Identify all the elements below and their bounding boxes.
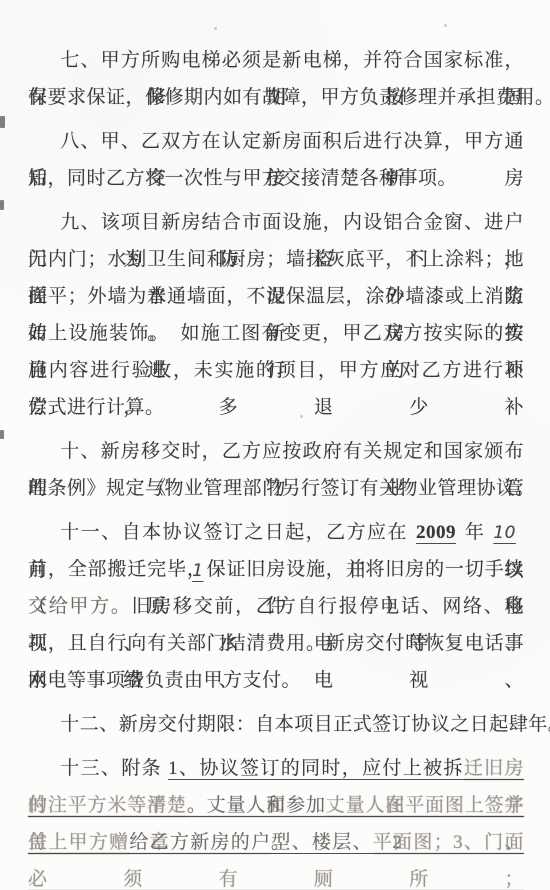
scan-artifact: ˎ [464, 350, 468, 363]
text-segment: 。丈量人和参加 [187, 795, 326, 816]
scan-artifact [0, 430, 4, 439]
contract-paragraph: 十、新房移交时，乙方应按政府有关规定和国家颁布的《物业管理条例》规定与物业管理部… [28, 433, 524, 507]
text-segment: 方式进行计算。 [28, 397, 165, 418]
month-value-handwritten: 10 [485, 523, 524, 543]
scan-artifact [444, 24, 447, 27]
text-segment: 后，同时乙方将一次性与甲方交接清楚各种事项。 [28, 168, 457, 189]
text-line: 前，全部搬迁完毕，保证旧房设施，并将旧房的一切手续（原件）移 [28, 551, 524, 588]
text-segment: 年 [464, 522, 485, 543]
scan-artifact [0, 116, 5, 128]
contract-paragraph: 七、甲方所购电梯必须是新电梯，并符合国家标准，保修期按国有要求保证，保修期内如有… [28, 42, 524, 116]
scan-artifact [520, 252, 523, 255]
text-segment: 有要求保证，保修期内如有故障，甲方负责修理并承担费用。 [28, 87, 550, 108]
text-line: 项，且自行向有关部门结清费用。新房交付时恢复电话、网络、电视、 [28, 625, 524, 662]
contract-paragraph: 十二、新房交付期限：自本项目正式签订协议之日起肆年。 [28, 706, 524, 743]
text-line: 如上设施装饰。 如施工图有变更，甲乙双方按实际的实施进行的项 [28, 315, 524, 352]
text-segment: 十二、新房交付期限：自本项目正式签订协议之日起肆年。 [60, 714, 550, 735]
contract-paragraph: 九、该项目新房结合市面设施，内设铝合金窗、进户门为防盗门，无内门；水到卫生间和厨… [28, 204, 524, 426]
text-line: 十二、新房交付期限：自本项目正式签订协议之日起肆年。 [28, 706, 524, 743]
scanned-document-page: 七、甲方所购电梯必须是新电梯，并符合国家标准，保修期按国有要求保证，保修期内如有… [0, 0, 550, 890]
scan-artifact [300, 415, 303, 418]
text-segment: 十一、自本协议签订之日起，乙方应在 [60, 522, 408, 543]
text-line: 交给甲方。旧房移交前，乙方自行报停电话、网络、电视、水电等事 [28, 588, 524, 625]
text-line: 有要求保证，保修期内如有故障，甲方负责修理并承担费用。 [28, 79, 524, 116]
text-line: 七、甲方所购电梯必须是新电梯，并符合国家标准，保修期按国 [28, 42, 524, 79]
text-segment: 付上甲方赠 [28, 832, 129, 853]
text-line: 付注平方米等清楚。丈量人和参加丈量人在平面图上签字盖章。2、 [28, 787, 524, 824]
contract-paragraph: 十一、自本协议签订之日起，乙方应在2009年10月1日以前，全部搬迁完毕，保证旧… [28, 514, 524, 699]
scan-artifact [214, 27, 217, 30]
text-line: 无内门；水到卫生间和厨房；墙抹灰底平，不上涂料；地面水泥砂浆 [28, 241, 524, 278]
text-line: 目内容进行验收，未实施的项目，甲方应对乙方进行补偿，多退少补 [28, 352, 524, 389]
text-line: 搓平；外墙为普通墙面，不设保温层，涂外墙漆或上消防砖。新房按 [28, 278, 524, 315]
text-line: 八、甲、乙双方在认定新房面积后进行决算，甲方通知交接新房 [28, 123, 524, 160]
scan-artifact [0, 200, 4, 210]
text-segment: 付注平方米等清楚 [28, 795, 187, 816]
scan-artifact: ⌄ [278, 168, 289, 181]
text-line: 十三、附条 1、协议签订的同时，应付上被拆迁旧房的平面图并 [28, 750, 524, 787]
text-segment: 理条例》规定与物业管理部门另行签订有关物业管理协议。 [28, 478, 535, 499]
text-segment: 交给甲方。 [28, 596, 132, 617]
text-segment: 十三、附条 [60, 758, 168, 779]
text-segment: 1、协议签订的同时，应付上被拆 [168, 758, 464, 779]
text-line: 十、新房移交时，乙方应按政府有关规定和国家颁布的《物业管 [28, 433, 524, 470]
contract-paragraph: 十三、附条 1、协议签订的同时，应付上被拆迁旧房的平面图并付注平方米等清楚。丈量… [28, 750, 524, 861]
text-segment: 水电等事项费负责由甲方支付。 [28, 670, 301, 691]
text-line: 后，同时乙方将一次性与甲方交接清楚各种事项。 [28, 160, 524, 197]
text-line: 理条例》规定与物业管理部门另行签订有关物业管理协议。 [28, 470, 524, 507]
text-segment: 给乙方新房的户型、楼层、 [129, 832, 372, 853]
document-body: 七、甲方所购电梯必须是新电梯，并符合国家标准，保修期按国有要求保证，保修期内如有… [28, 42, 524, 861]
text-line: 十一、自本协议签订之日起，乙方应在2009年10月1日以 [28, 514, 524, 551]
text-line: 付上甲方赠给乙方新房的户型、楼层、平面图；3、门面必须有厕所； [28, 824, 524, 861]
year-value: 2009 [408, 522, 464, 543]
contract-paragraph: 八、甲、乙双方在认定新房面积后进行决算，甲方通知交接新房后，同时乙方将一次性与甲… [28, 123, 524, 197]
text-line: 九、该项目新房结合市面设施，内设铝合金窗、进户门为防盗门， [28, 204, 524, 241]
